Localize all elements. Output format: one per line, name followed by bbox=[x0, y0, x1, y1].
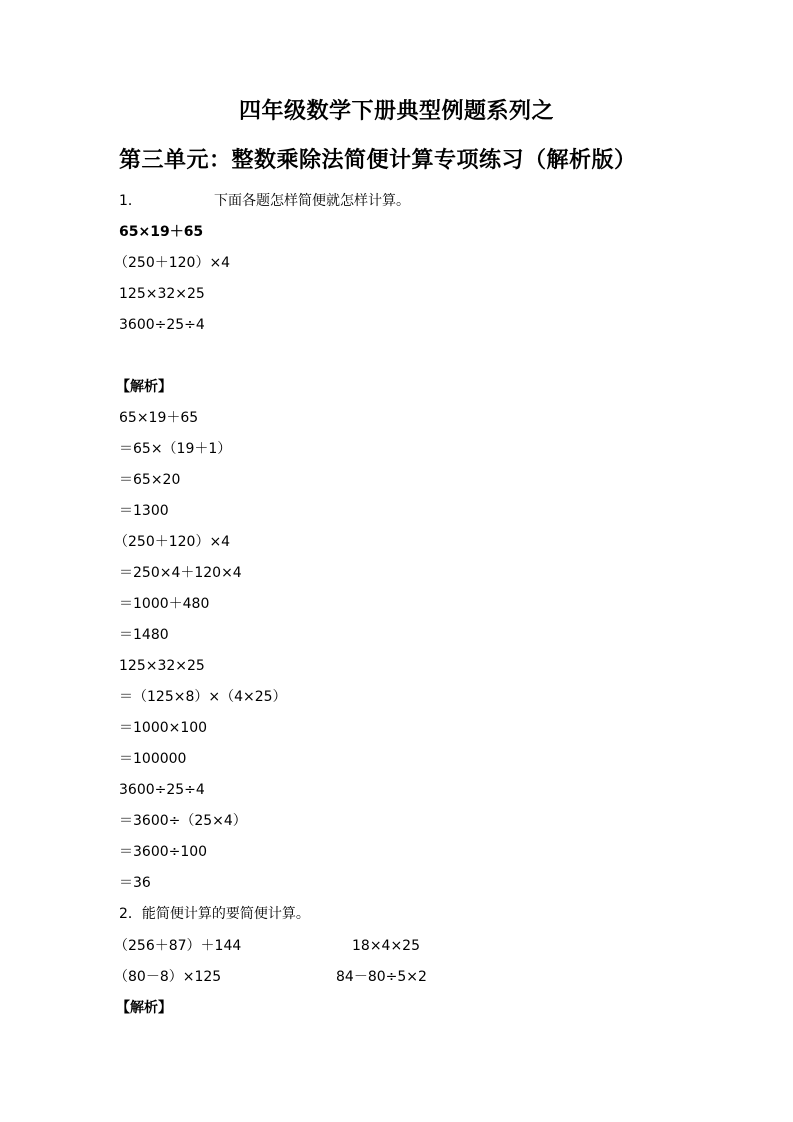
analysis-line: ＝1000＋480 bbox=[119, 595, 209, 613]
question-1-number: 1． bbox=[119, 192, 214, 210]
analysis-line: ＝（125×8）×（4×25） bbox=[119, 688, 287, 706]
analysis-line: ＝3600÷100 bbox=[119, 843, 207, 861]
analysis-line: ＝36 bbox=[119, 874, 151, 892]
question-2-prompt: 能简便计算的要简便计算。 bbox=[142, 906, 310, 922]
problem-2-1: （256＋87）＋144 bbox=[114, 937, 241, 955]
analysis-label-1: 【解析】 bbox=[116, 378, 172, 396]
question-2-heading: 2．能简便计算的要简便计算。 bbox=[119, 905, 310, 923]
analysis-line: ＝65×（19＋1） bbox=[119, 440, 231, 458]
analysis-line: ＝100000 bbox=[119, 750, 186, 768]
analysis-line: ＝65×20 bbox=[119, 471, 180, 489]
document-title-unit: 第三单元：整数乘除法简便计算专项练习（解析版） bbox=[119, 143, 637, 174]
problem-1-3: 125×32×25 bbox=[119, 285, 205, 303]
analysis-line: 3600÷25÷4 bbox=[119, 781, 205, 799]
problem-1-2: （250＋120）×4 bbox=[114, 254, 230, 272]
analysis-line: （250＋120）×4 bbox=[114, 533, 230, 551]
problem-1-4: 3600÷25÷4 bbox=[119, 316, 205, 334]
question-1-heading: 1．下面各题怎样简便就怎样计算。 bbox=[119, 192, 410, 210]
question-2-number: 2． bbox=[119, 906, 142, 922]
document-page: 四年级数学下册典型例题系列之 第三单元：整数乘除法简便计算专项练习（解析版） 1… bbox=[0, 0, 793, 1122]
analysis-line: ＝1000×100 bbox=[119, 719, 207, 737]
analysis-line: ＝1480 bbox=[119, 626, 169, 644]
problem-2-2: 18×4×25 bbox=[352, 937, 420, 955]
document-title-series: 四年级数学下册典型例题系列之 bbox=[0, 94, 793, 125]
problem-1-1: 65×19＋65 bbox=[119, 223, 203, 241]
analysis-line: ＝1300 bbox=[119, 502, 169, 520]
question-1-prompt: 下面各题怎样简便就怎样计算。 bbox=[214, 193, 410, 209]
analysis-line: ＝3600÷（25×4） bbox=[119, 812, 247, 830]
analysis-label-2: 【解析】 bbox=[116, 999, 172, 1017]
problem-2-3: （80－8）×125 bbox=[114, 968, 221, 986]
analysis-line: 65×19＋65 bbox=[119, 409, 198, 427]
analysis-line: 125×32×25 bbox=[119, 657, 205, 675]
analysis-line: ＝250×4＋120×4 bbox=[119, 564, 242, 582]
problem-2-4: 84－80÷5×2 bbox=[336, 968, 427, 986]
